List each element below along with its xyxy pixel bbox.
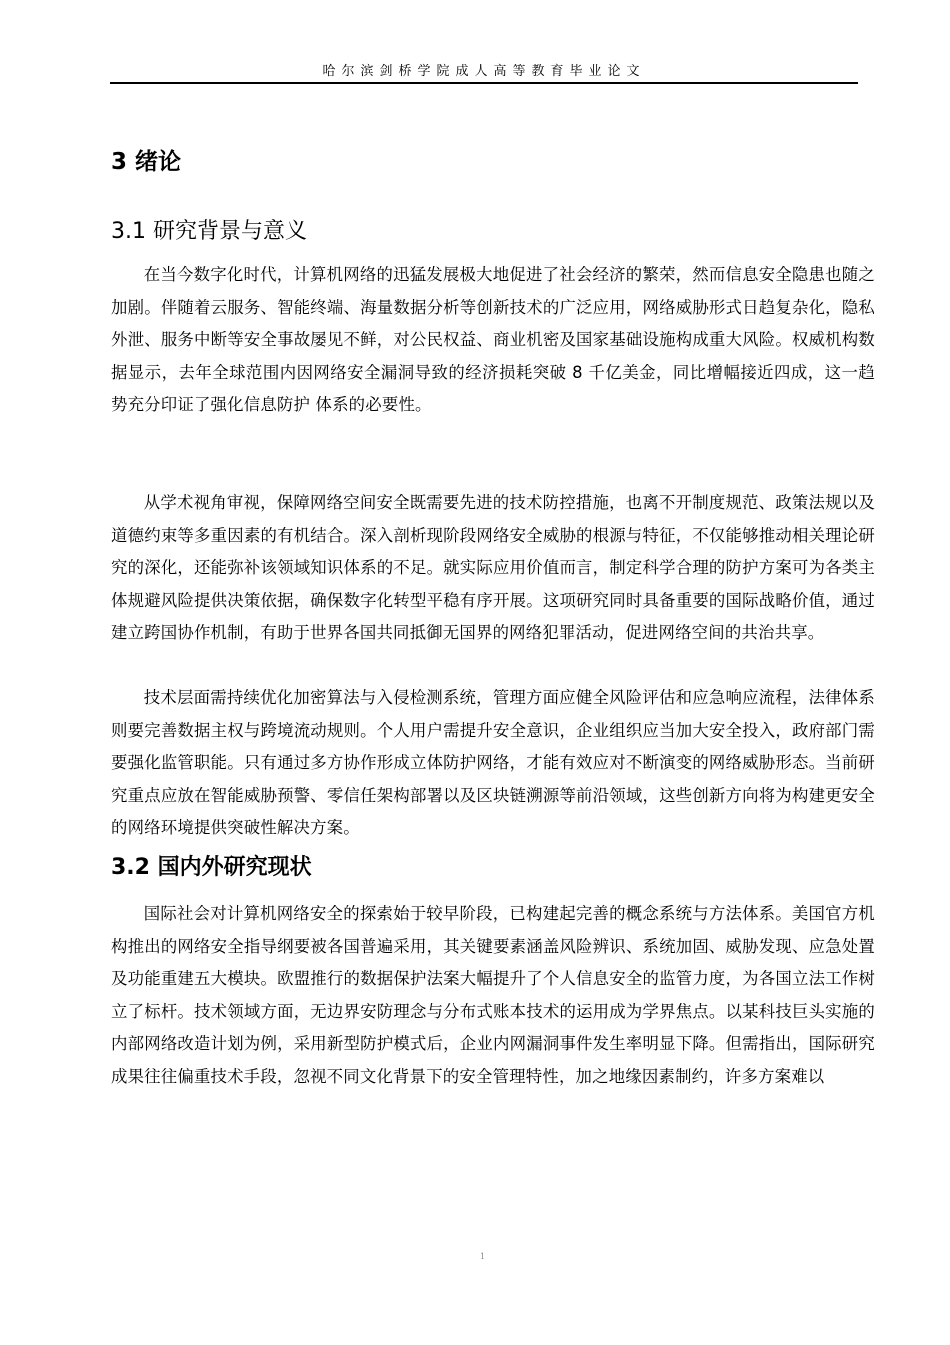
chapter-heading: 3 绪论: [111, 146, 181, 178]
paragraph: 在当今数字化时代，计算机网络的迅猛发展极大地促进了社会经济的繁荣，然而信息安全隐…: [111, 259, 875, 422]
section-heading-3-2: 3.2 国内外研究现状: [111, 852, 312, 884]
page-number: 1: [480, 1252, 485, 1261]
paragraph: 国际社会对计算机网络安全的探索始于较早阶段，已构建起完善的概念系统与方法体系。美…: [111, 898, 875, 1094]
header-rule: [110, 82, 858, 84]
running-header: 哈尔滨剑桥学院成人高等教育毕业论文: [110, 64, 858, 80]
section-heading-3-1: 3.1 研究背景与意义: [111, 216, 307, 248]
paragraph: 从学术视角审视，保障网络空间安全既需要先进的技术防控措施，也离不开制度规范、政策…: [111, 487, 875, 650]
paragraph: 技术层面需持续优化加密算法与入侵检测系统，管理方面应健全风险评估和应急响应流程，…: [111, 682, 875, 845]
